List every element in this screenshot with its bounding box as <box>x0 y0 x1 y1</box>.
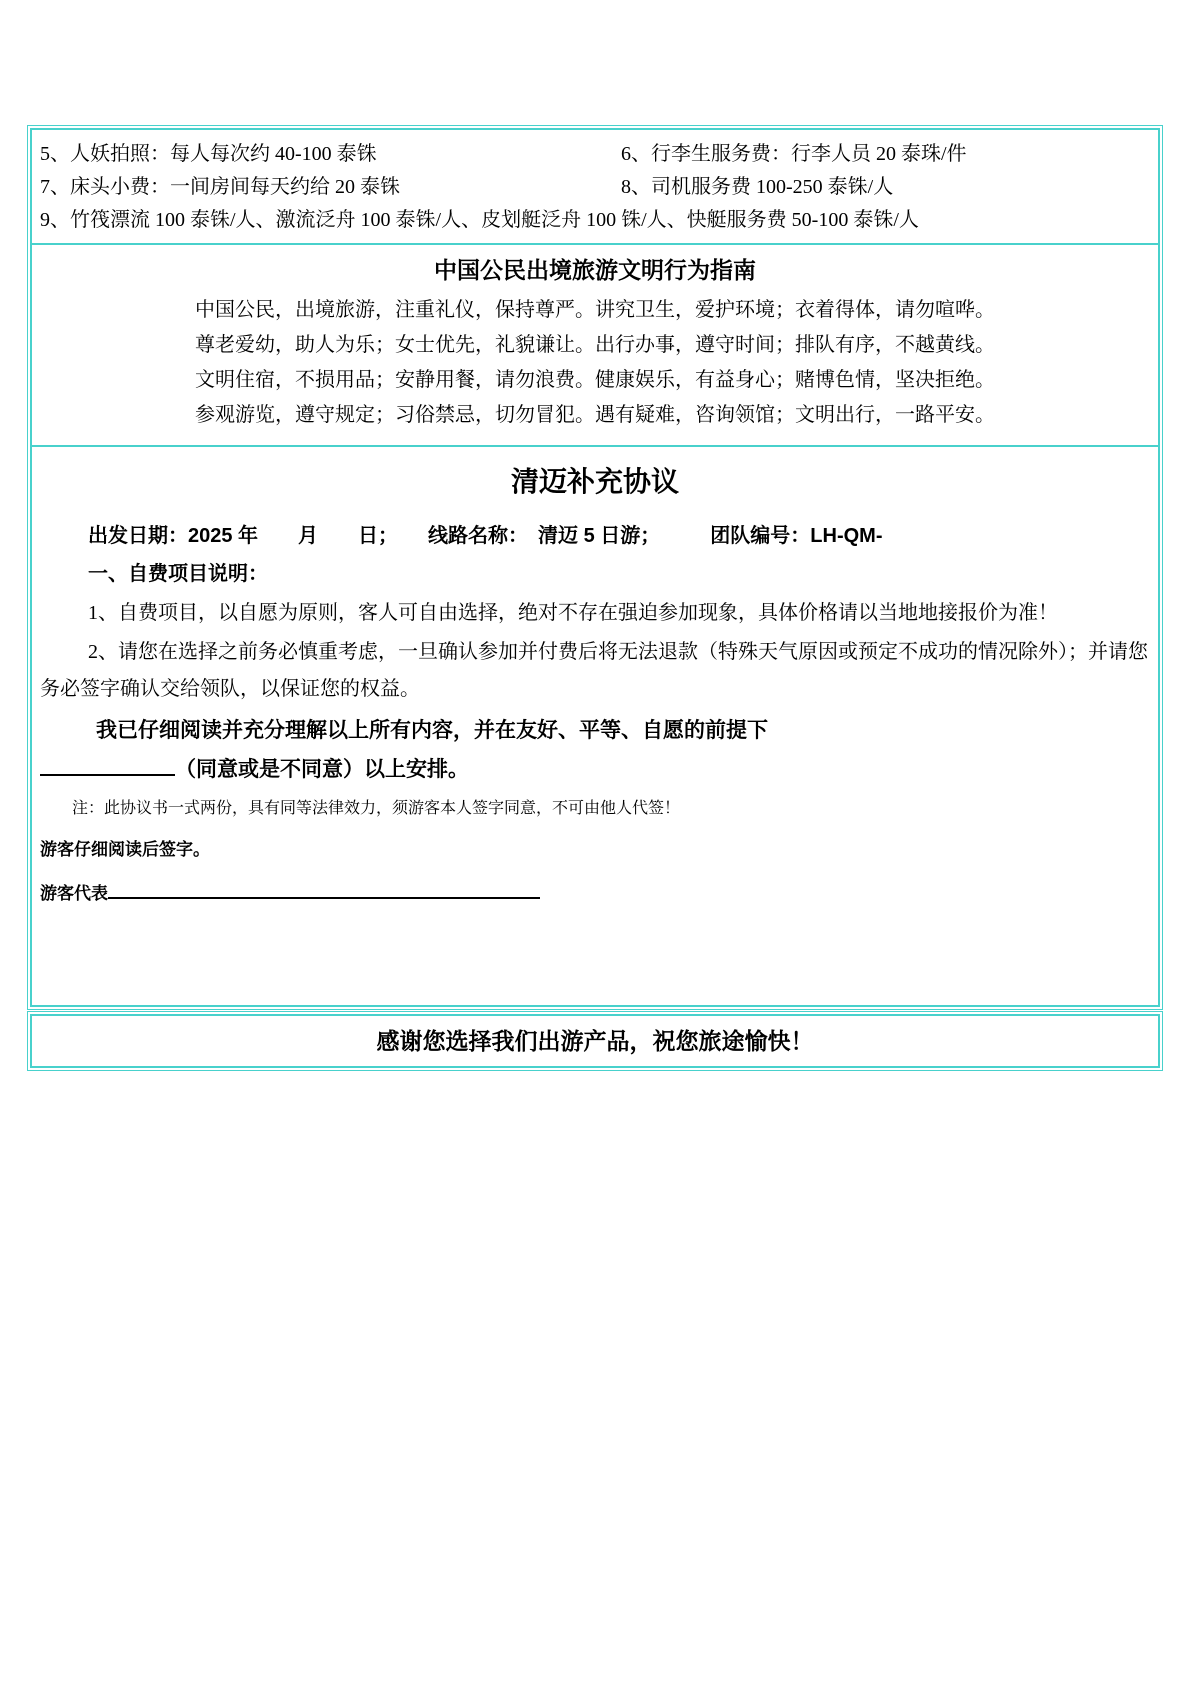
consent-suffix: （同意或是不同意）以上安排。 <box>175 757 469 781</box>
fee-row: 7、床头小费：一间房间每天约给 20 泰铢 8、司机服务费 100-250 泰铢… <box>40 171 1150 204</box>
fee-item-7: 7、床头小费：一间房间每天约给 20 泰铢 <box>40 171 616 204</box>
agreement-section: 清迈补充协议 出发日期：2025 年 月 日； 线路名称： 清迈 5 日游； 团… <box>32 445 1158 1005</box>
representative-row: 游客代表 <box>40 879 1150 909</box>
fee-item-6: 6、行李生服务费：行李人员 20 泰珠/件 <box>621 143 967 165</box>
fee-item-5: 5、人妖拍照：每人每次约 40-100 泰铢 <box>40 138 616 171</box>
consent-line: （同意或是不同意）以上安排。 <box>40 749 1150 789</box>
consent-blank-line[interactable] <box>40 755 175 776</box>
fee-item-8: 8、司机服务费 100-250 泰铢/人 <box>621 176 893 198</box>
clause-1: 1、自费项目，以自愿为原则，客人可自由选择，绝对不存在强迫参加现象，具体价格请以… <box>40 595 1150 632</box>
sign-instruction: 游客仔细阅读后签字。 <box>40 835 1150 865</box>
consent-statement: 我已仔细阅读并充分理解以上所有内容，并在友好、平等、自愿的前提下 <box>40 712 1150 749</box>
agreement-title: 清迈补充协议 <box>40 463 1150 503</box>
thanks-message: 感谢您选择我们出游产品，祝您旅途愉快！ <box>40 1025 1150 1057</box>
fee-row: 5、人妖拍照：每人每次约 40-100 泰铢 6、行李生服务费：行李人员 20 … <box>40 138 1150 171</box>
document-page: 5、人妖拍照：每人每次约 40-100 泰铢 6、行李生服务费：行李人员 20 … <box>0 0 1190 1683</box>
fees-section: 5、人妖拍照：每人每次约 40-100 泰铢 6、行李生服务费：行李人员 20 … <box>32 130 1158 243</box>
conduct-guide-title: 中国公民出境旅游文明行为指南 <box>40 253 1150 287</box>
thanks-box: 感谢您选择我们出游产品，祝您旅途愉快！ <box>30 1014 1160 1068</box>
conduct-guide-line: 参观游览，遵守规定；习俗禁忌，切勿冒犯。遇有疑难，咨询领馆；文明出行，一路平安。 <box>40 398 1150 433</box>
representative-signature-line[interactable] <box>108 882 540 899</box>
representative-label: 游客代表 <box>40 884 108 903</box>
conduct-guide-line: 尊老爱幼，助人为乐；女士优先，礼貌谦让。出行办事，遵守时间；排队有序，不越黄线。 <box>40 328 1150 363</box>
agreement-document-box: 5、人妖拍照：每人每次约 40-100 泰铢 6、行李生服务费：行李人员 20 … <box>30 128 1160 1007</box>
conduct-guide-line: 文明住宿，不损用品；安静用餐，请勿浪费。健康娱乐，有益身心；赌博色情，坚决拒绝。 <box>40 363 1150 398</box>
conduct-guide-section: 中国公民出境旅游文明行为指南 中国公民，出境旅游，注重礼仪，保持尊严。讲究卫生，… <box>32 243 1158 445</box>
conduct-guide-line: 中国公民，出境旅游，注重礼仪，保持尊严。讲究卫生，爱护环境；衣着得体，请勿喧哗。 <box>40 293 1150 328</box>
clause-2: 2、请您在选择之前务必慎重考虑，一旦确认参加并付费后将无法退款（特殊天气原因或预… <box>40 634 1150 708</box>
trip-info-line: 出发日期：2025 年 月 日； 线路名称： 清迈 5 日游； 团队编号：LH-… <box>40 517 1150 555</box>
self-pay-heading: 一、自费项目说明： <box>40 555 1150 593</box>
agreement-note: 注：此协议书一式两份，具有同等法律效力，须游客本人签字同意，不可由他人代签！ <box>40 791 1150 827</box>
document-content: 5、人妖拍照：每人每次约 40-100 泰铢 6、行李生服务费：行李人员 20 … <box>30 128 1160 1068</box>
fee-item-9: 9、竹筏漂流 100 泰铢/人、激流泛舟 100 泰铢/人、皮划艇泛舟 100 … <box>40 204 1150 237</box>
